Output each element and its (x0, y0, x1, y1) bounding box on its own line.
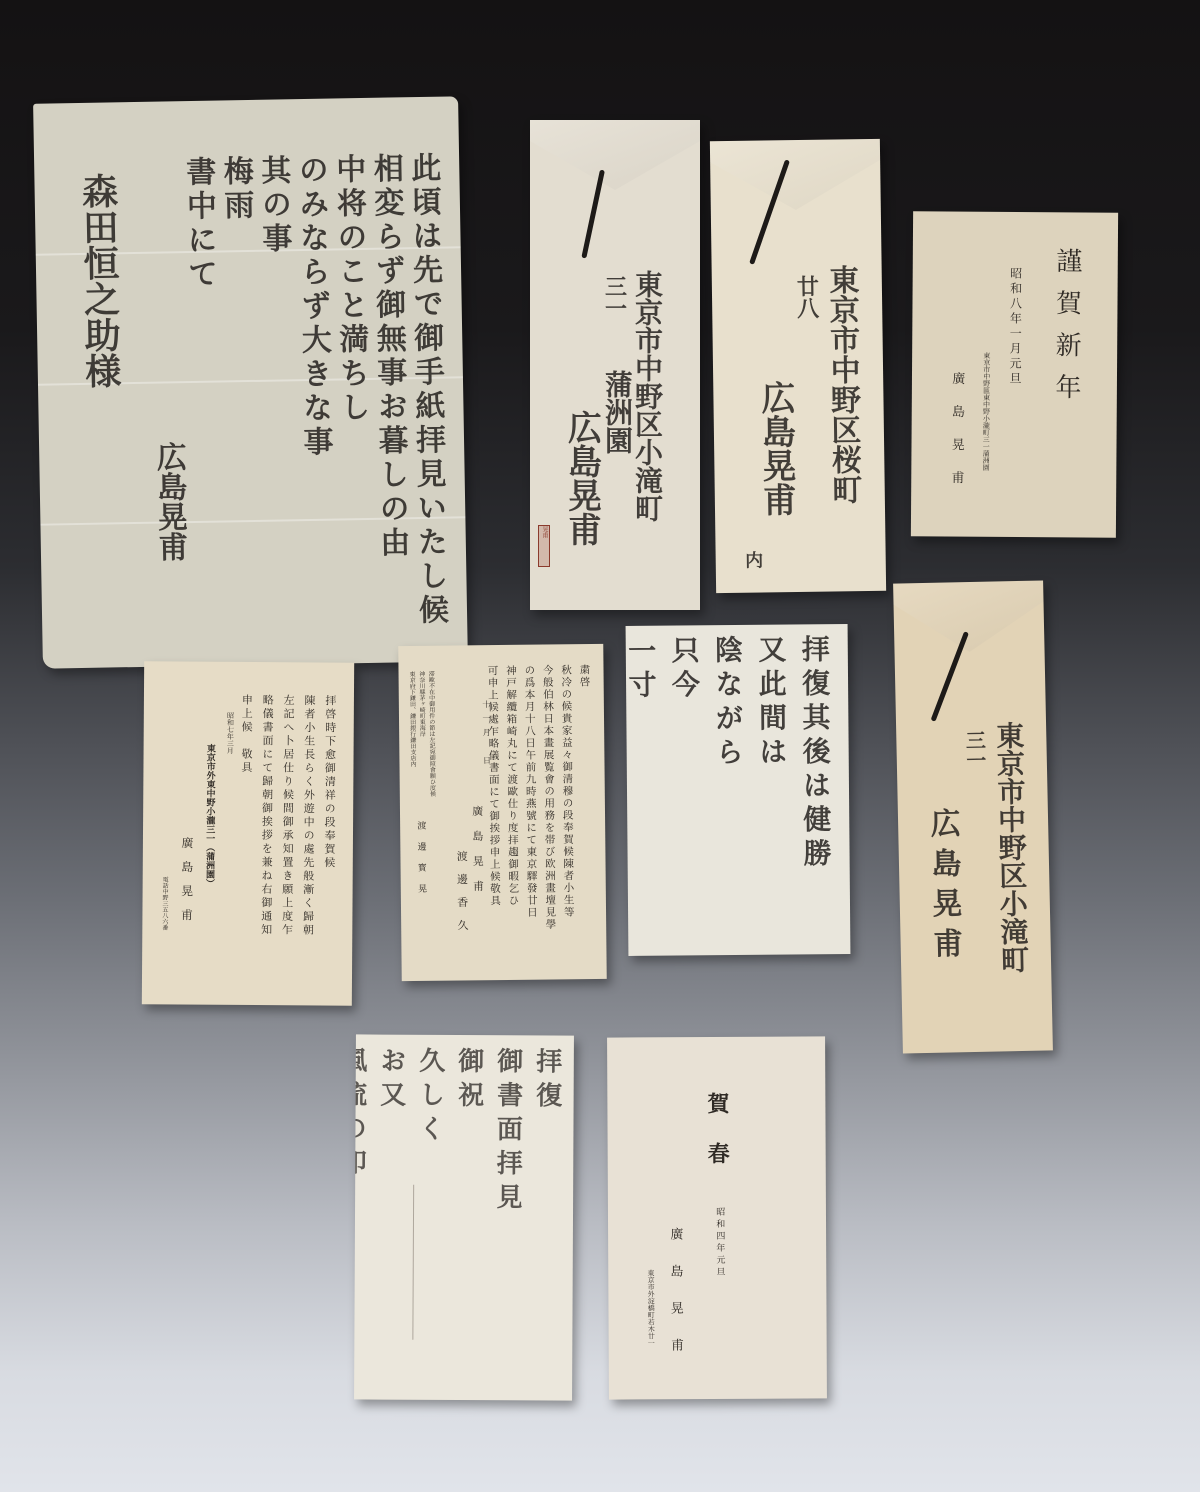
letter-small-1: 拝復其後は健勝 又此間は 陰ながら 只今 一寸 御礼申し上げ候 (626, 624, 851, 956)
farewell-date: 十一月 日 (481, 700, 492, 770)
farewell-note: 滞歐不在中御用件の節は左記宛御照會願ひ度候 神奈川縣茅ヶ崎町東海岸 東京府下鎌田… (407, 671, 437, 797)
card-title: 賀春 (702, 1092, 730, 1192)
card-address: 東京市外淀橋町若木廿一 (646, 1269, 655, 1346)
card-sender-name: 廣島晃甫 (947, 372, 964, 504)
card-new-year-1933: 謹賀新年 昭和八年一月元旦 東京市中野區東中野小瀧町三一蒲洲園 廣島晃甫 (911, 211, 1118, 537)
letter-small-2: 拝復 御書面拝見 御祝 久しく お又 風流の印 (354, 1034, 574, 1400)
envelope-3: 東京市中野区小滝町 三一 広島晃甫 (893, 580, 1053, 1053)
envelope-address: 東京市中野区小滝町 (991, 721, 1031, 974)
red-seal-stamp: 晃甫 (538, 525, 550, 567)
notice-body: 拝啓時下愈御清祥の段奉賀候 陳者小生長らく外遊中の處先般漸く歸朝 左記へ卜居仕り… (234, 694, 340, 975)
farewell-body: 粛啓 秋冷の候貴家益々御清穆の段奉賀候陳者小生等 今般伯林日本畫展覧會の用務を帯… (483, 664, 596, 945)
farewell-name-1: 廣島晃甫 (470, 805, 485, 905)
notice-date: 昭和七年三月 (226, 712, 235, 754)
envelope-1: 東京市中野区小滝町 三一 蒲洲園 広島晃甫 晃甫 (530, 120, 700, 610)
card-new-year-1929: 賀春 昭和四年元旦 廣島晃甫 東京市外淀橋町若木廿一 (607, 1036, 827, 1399)
envelope-2: 東京市中野区桜町 廿八 広島晃甫 内 (710, 139, 886, 593)
envelope-sender: 広島晃甫 (560, 410, 603, 546)
card-notice-1932: 拝啓時下愈御清祥の段奉賀候 陳者小生長らく外遊中の處先般漸く歸朝 左記へ卜居仕り… (142, 661, 354, 1005)
envelope-flap (530, 120, 700, 190)
card-farewell: 粛啓 秋冷の候貴家益々御清穆の段奉賀候陳者小生等 今般伯林日本畫展覧會の用務を帯… (398, 644, 606, 981)
card-date: 昭和八年一月元旦 (1007, 267, 1023, 387)
farewell-contact: 渡邊寳晃 (414, 821, 426, 905)
letter-body: 此頃は先で御手紙拝見いたし候 相変らず御無事お暮しの由 中将のこと満ちし のみな… (121, 152, 449, 638)
seal-mark-icon (581, 169, 605, 258)
seal-mark-icon (931, 631, 969, 722)
letter-large: 此頃は先で御手紙拝見いたし候 相変らず御無事お暮しの由 中将のこと満ちし のみな… (33, 96, 468, 668)
note-body: 拝復 御書面拝見 御祝 久しく お又 風流の印 (354, 1046, 566, 1387)
envelope-house-name: 蒲洲園 (600, 370, 635, 454)
notice-sender-name: 廣島晃甫 (178, 837, 194, 933)
notice-address: 東京市外東中野小瀧三一（蒲洲園） (203, 744, 215, 888)
card-sender-name: 廣島晃甫 (666, 1227, 683, 1375)
envelope-address-number: 三一 (961, 730, 987, 771)
envelope-address-number: 三一 (600, 275, 628, 319)
card-address: 東京市中野區東中野小瀧町三一蒲洲園 (981, 352, 991, 471)
envelope-flap (893, 580, 1044, 653)
envelope-sender-suffix: 内 (741, 551, 764, 569)
envelope-address: 東京市中野区小滝町 (630, 270, 665, 522)
letter-recipient: 森田恒之助様 (74, 172, 123, 389)
farewell-name-2: 渡邊香久 (454, 850, 469, 942)
note-body: 拝復其後は健勝 又此間は 陰ながら 只今 一寸 御礼申し上げ候 (626, 634, 839, 946)
envelope-sender: 広島晃甫 (923, 807, 964, 968)
notice-phone: 電話中野三五八六番 (160, 876, 168, 930)
envelope-address: 東京市中野区桜町 (822, 264, 863, 505)
envelope-sender: 広島晃甫 (753, 380, 797, 517)
card-title: 謹賀新年 (1049, 247, 1083, 415)
letter-sender: 広島晃甫 (149, 441, 189, 562)
envelope-flap (710, 139, 881, 211)
envelope-address-number: 廿八 (792, 275, 820, 319)
card-date: 昭和四年元旦 (713, 1207, 725, 1279)
